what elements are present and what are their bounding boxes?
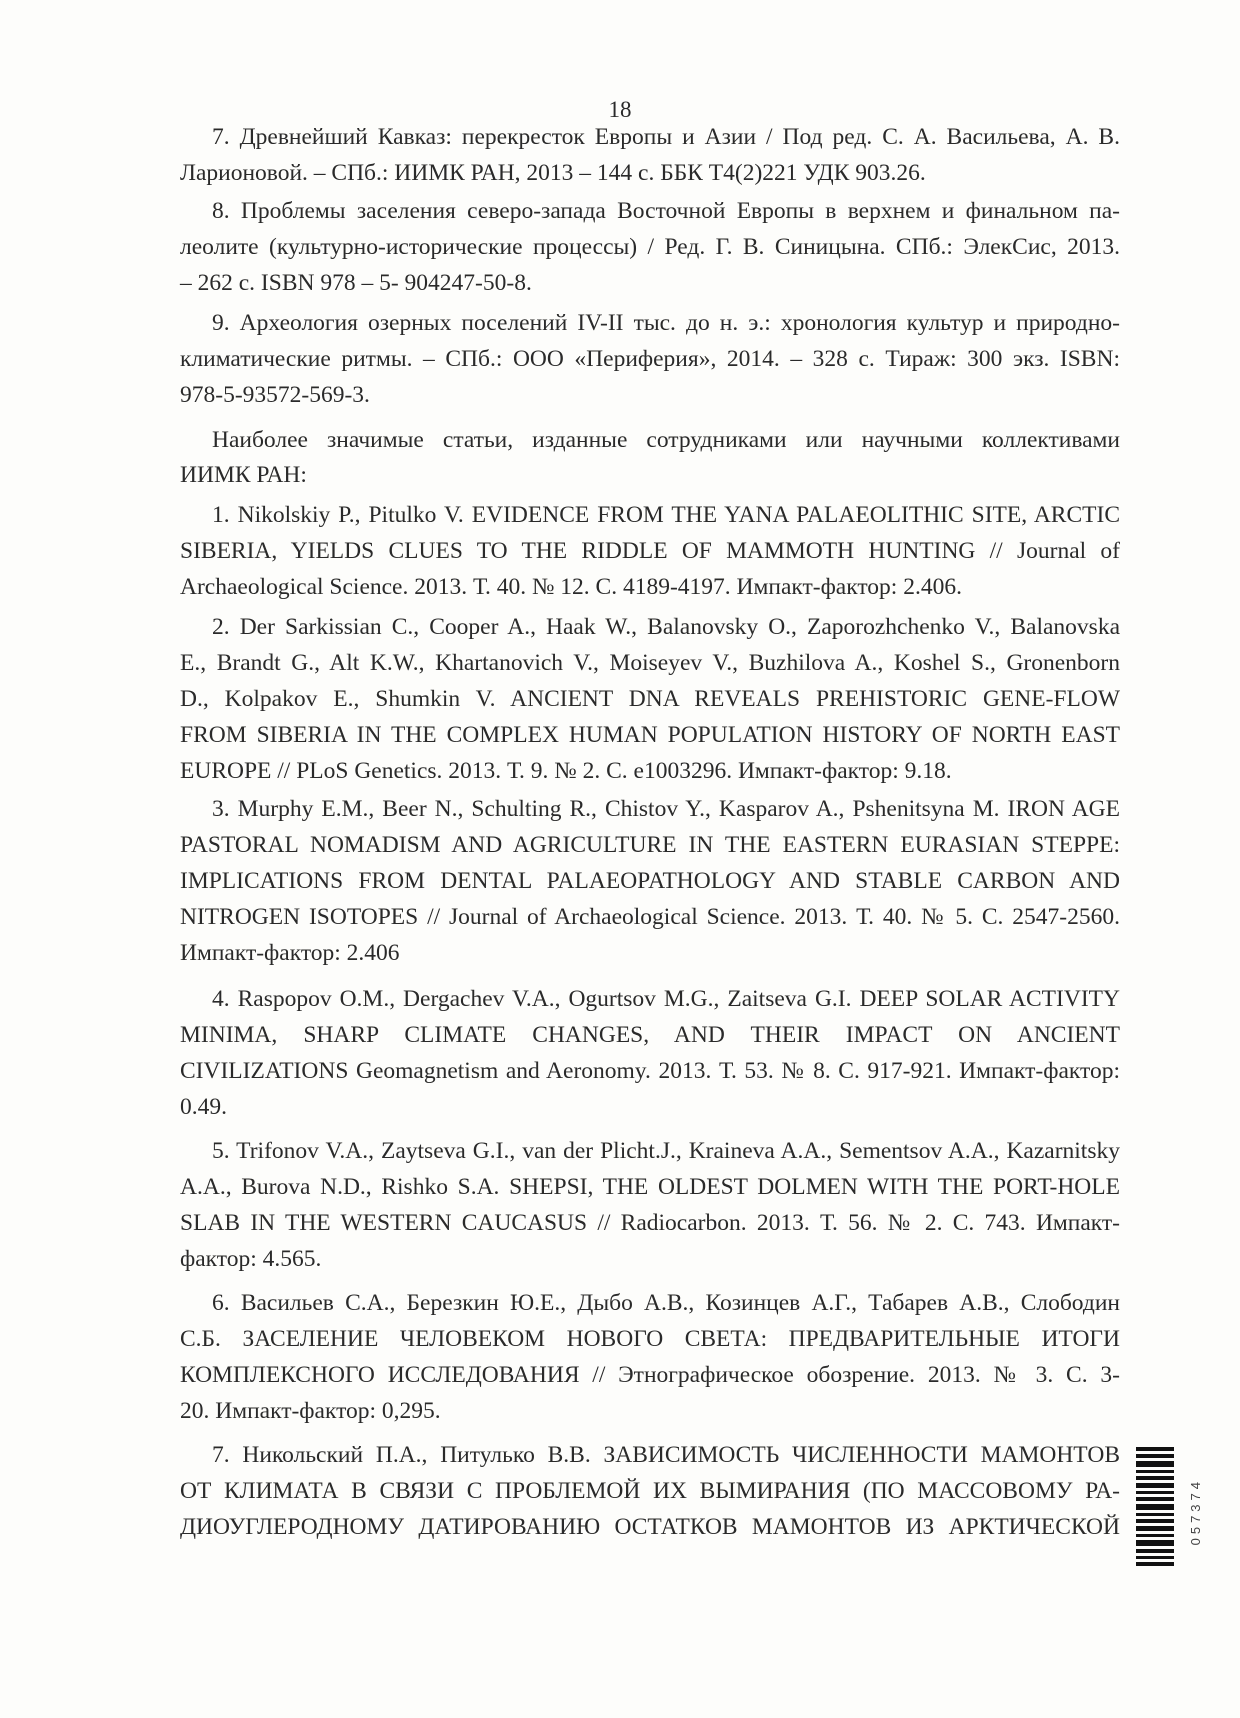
text-line: Импакт-фактор: 2.406 [180, 938, 1120, 968]
text-line: 3. Murphy E.M., Beer N., Schulting R., C… [212, 794, 1120, 824]
text-line: SIBERIA, YIELDS CLUES TO THE RIDDLE OF M… [180, 536, 1120, 566]
text-line: 8. Проблемы заселения северо-запада Вост… [212, 196, 1120, 226]
text-line: 0.49. [180, 1092, 1120, 1122]
text-line: NITROGEN ISOTOPES // Journal of Archaeol… [180, 902, 1120, 932]
text-line: леолите (культурно-исторические процессы… [180, 232, 1120, 262]
text-line: FROM SIBERIA IN THE COMPLEX HUMAN POPULA… [180, 720, 1120, 750]
text-line: Ларионовой. – СПб.: ИИМК РАН, 2013 – 144… [180, 158, 1120, 188]
text-line: ОТ КЛИМАТА В СВЯЗИ С ПРОБЛЕМОЙ ИХ ВЫМИРА… [180, 1476, 1120, 1506]
text-line: D., Kolpakov E., Shumkin V. ANCIENT DNA … [180, 684, 1120, 714]
text-line: 2. Der Sarkissian C., Cooper A., Haak W.… [212, 612, 1120, 642]
text-line: IMPLICATIONS FROM DENTAL PALAEOPATHOLOGY… [180, 866, 1120, 896]
text-line: КОМПЛЕКСНОГО ИССЛЕДОВАНИЯ // Этнографиче… [180, 1360, 1120, 1390]
text-line: MINIMA, SHARP CLIMATE CHANGES, AND THEIR… [180, 1020, 1120, 1050]
text-line: Наиболее значимые статьи, изданные сотру… [212, 425, 1120, 455]
text-line: С.Б. ЗАСЕЛЕНИЕ ЧЕЛОВЕКОМ НОВОГО СВЕТА: П… [180, 1324, 1120, 1354]
text-line: – 262 с. ISBN 978 – 5- 904247-50-8. [180, 268, 1120, 298]
text-line: 6. Васильев С.А., Березкин Ю.Е., Дыбо А.… [212, 1288, 1120, 1318]
barcode-icon [1136, 1447, 1176, 1561]
text-line: E., Brandt G., Alt K.W., Khartanovich V.… [180, 648, 1120, 678]
page-number: 18 [0, 97, 1240, 123]
text-line: 1. Nikolskiy P., Pitulko V. EVIDENCE FRO… [212, 500, 1120, 530]
text-line: SLAB IN THE WESTERN CAUCASUS // Radiocar… [180, 1208, 1120, 1238]
text-line: EUROPE // PLoS Genetics. 2013. Т. 9. № 2… [180, 756, 1120, 786]
text-line: PASTORAL NOMADISM AND AGRICULTURE IN THE… [180, 830, 1120, 860]
text-line: Archaeological Science. 2013. Т. 40. № 1… [180, 572, 1120, 602]
text-line: климатические ритмы. – СПб.: ООО «Перифе… [180, 344, 1120, 374]
text-line: ДИОУГЛЕРОДНОМУ ДАТИРОВАНИЮ ОСТАТКОВ МАМО… [180, 1512, 1120, 1542]
text-line: 4. Raspopov O.M., Dergachev V.A., Ogurts… [212, 984, 1120, 1014]
text-line: 9. Археология озерных поселений IV-II ты… [212, 308, 1120, 338]
text-line: 978-5-93572-569-3. [180, 380, 1120, 410]
text-line: 5. Trifonov V.A., Zaytseva G.I., van der… [212, 1136, 1120, 1166]
barcode-number: 057374 [1188, 1478, 1203, 1545]
text-line: A.A., Burova N.D., Rishko S.A. SHEPSI, T… [180, 1172, 1120, 1202]
text-line: фактор: 4.565. [180, 1244, 1120, 1274]
text-line: 7. Древнейший Кавказ: перекресток Европы… [212, 122, 1120, 152]
text-line: CIVILIZATIONS Geomagnetism and Aeronomy.… [180, 1056, 1120, 1086]
text-line: 20. Импакт-фактор: 0,295. [180, 1396, 1120, 1426]
text-line: 7. Никольский П.А., Питулько В.В. ЗАВИСИ… [212, 1440, 1120, 1470]
text-line: ИИМК РАН: [180, 460, 1120, 490]
